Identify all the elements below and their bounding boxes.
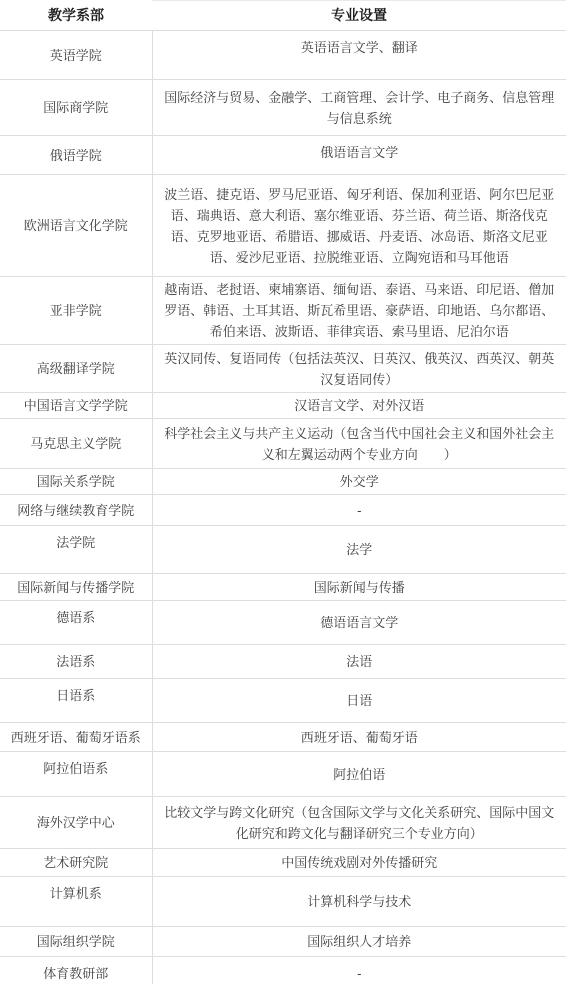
dept-cell: 艺术研究院 xyxy=(0,849,152,877)
majors-cell: 国际组织人才培养 xyxy=(152,927,566,957)
table-row: 高级翻译学院 英汉同传、复语同传（包括法英汉、日英汉、俄英汉、西英汉、朝英汉复语… xyxy=(0,345,566,393)
dept-cell: 阿拉伯语系 xyxy=(0,752,152,797)
table-body: 英语学院 英语语言文学、翻译 国际商学院 国际经济与贸易、金融学、工商管理、会计… xyxy=(0,31,566,984)
majors-cell: 德语语言文学 xyxy=(152,601,566,645)
majors-cell: 外交学 xyxy=(152,469,566,495)
dept-cell: 西班牙语、葡萄牙语系 xyxy=(0,723,152,752)
table-row: 法学院 法学 xyxy=(0,526,566,574)
majors-cell: 法学 xyxy=(152,526,566,574)
majors-cell: 国际经济与贸易、金融学、工商管理、会计学、电子商务、信息管理与信息系统 xyxy=(152,80,566,136)
majors-cell: - xyxy=(152,957,566,984)
dept-cell: 马克思主义学院 xyxy=(0,419,152,469)
majors-cell: 中国传统戏剧对外传播研究 xyxy=(152,849,566,877)
table-row: 海外汉学中心 比较文学与跨文化研究（包含国际文学与文化关系研究、国际中国文化研究… xyxy=(0,797,566,849)
majors-cell: - xyxy=(152,495,566,526)
dept-cell: 日语系 xyxy=(0,679,152,723)
majors-cell: 汉语言文学、对外汉语 xyxy=(152,393,566,419)
table-row: 计算机系 计算机科学与技术 xyxy=(0,877,566,927)
majors-cell: 英语语言文学、翻译 xyxy=(152,31,566,80)
table-row: 国际组织学院 国际组织人才培养 xyxy=(0,927,566,957)
table-row: 阿拉伯语系 阿拉伯语 xyxy=(0,752,566,797)
table-header: 教学系部 专业设置 xyxy=(0,1,566,31)
table-row: 日语系 日语 xyxy=(0,679,566,723)
table-row: 亚非学院 越南语、老挝语、柬埔寨语、缅甸语、泰语、马来语、印尼语、僧加罗语、韩语… xyxy=(0,277,566,345)
majors-cell: 越南语、老挝语、柬埔寨语、缅甸语、泰语、马来语、印尼语、僧加罗语、韩语、土耳其语… xyxy=(152,277,566,345)
dept-cell: 亚非学院 xyxy=(0,277,152,345)
majors-cell: 英汉同传、复语同传（包括法英汉、日英汉、俄英汉、西英汉、朝英汉复语同传） xyxy=(152,345,566,393)
majors-cell: 计算机科学与技术 xyxy=(152,877,566,927)
dept-cell: 英语学院 xyxy=(0,31,152,80)
dept-cell: 体育教研部 xyxy=(0,957,152,984)
dept-cell: 德语系 xyxy=(0,601,152,645)
majors-cell: 国际新闻与传播 xyxy=(152,574,566,601)
header-majors: 专业设置 xyxy=(152,1,566,31)
table-row: 国际商学院 国际经济与贸易、金融学、工商管理、会计学、电子商务、信息管理与信息系… xyxy=(0,80,566,136)
table-row: 艺术研究院 中国传统戏剧对外传播研究 xyxy=(0,849,566,877)
dept-cell: 国际关系学院 xyxy=(0,469,152,495)
majors-cell: 西班牙语、葡萄牙语 xyxy=(152,723,566,752)
table-row: 国际新闻与传播学院 国际新闻与传播 xyxy=(0,574,566,601)
dept-cell: 俄语学院 xyxy=(0,136,152,175)
table-row: 德语系 德语语言文学 xyxy=(0,601,566,645)
dept-cell: 国际新闻与传播学院 xyxy=(0,574,152,601)
dept-cell: 海外汉学中心 xyxy=(0,797,152,849)
majors-cell: 法语 xyxy=(152,645,566,679)
dept-cell: 国际组织学院 xyxy=(0,927,152,957)
header-row: 教学系部 专业设置 xyxy=(0,1,566,31)
table-row: 马克思主义学院 科学社会主义与共产主义运动（包含当代中国社会主义和国外社会主义和… xyxy=(0,419,566,469)
majors-cell: 日语 xyxy=(152,679,566,723)
page: 教学系部 专业设置 英语学院 英语语言文学、翻译 国际商学院 国际经济与贸易、金… xyxy=(0,0,566,984)
table-row: 法语系 法语 xyxy=(0,645,566,679)
table-row: 西班牙语、葡萄牙语系 西班牙语、葡萄牙语 xyxy=(0,723,566,752)
table-row: 英语学院 英语语言文学、翻译 xyxy=(0,31,566,80)
dept-cell: 法学院 xyxy=(0,526,152,574)
departments-majors-table: 教学系部 专业设置 英语学院 英语语言文学、翻译 国际商学院 国际经济与贸易、金… xyxy=(0,0,566,984)
majors-cell: 比较文学与跨文化研究（包含国际文学与文化关系研究、国际中国文化研究和跨文化与翻译… xyxy=(152,797,566,849)
majors-cell: 波兰语、捷克语、罗马尼亚语、匈牙利语、保加利亚语、阿尔巴尼亚语、瑞典语、意大利语… xyxy=(152,175,566,277)
dept-cell: 中国语言文学学院 xyxy=(0,393,152,419)
dept-cell: 法语系 xyxy=(0,645,152,679)
majors-cell: 科学社会主义与共产主义运动（包含当代中国社会主义和国外社会主义和左翼运动两个专业… xyxy=(152,419,566,469)
table-row: 俄语学院 俄语语言文学 xyxy=(0,136,566,175)
dept-cell: 国际商学院 xyxy=(0,80,152,136)
header-dept: 教学系部 xyxy=(0,1,152,31)
table-row: 国际关系学院 外交学 xyxy=(0,469,566,495)
table-row: 网络与继续教育学院 - xyxy=(0,495,566,526)
table-row: 中国语言文学学院 汉语言文学、对外汉语 xyxy=(0,393,566,419)
majors-cell: 俄语语言文学 xyxy=(152,136,566,175)
majors-cell: 阿拉伯语 xyxy=(152,752,566,797)
table-row: 欧洲语言文化学院 波兰语、捷克语、罗马尼亚语、匈牙利语、保加利亚语、阿尔巴尼亚语… xyxy=(0,175,566,277)
dept-cell: 网络与继续教育学院 xyxy=(0,495,152,526)
table-row: 体育教研部 - xyxy=(0,957,566,984)
dept-cell: 高级翻译学院 xyxy=(0,345,152,393)
dept-cell: 计算机系 xyxy=(0,877,152,927)
dept-cell: 欧洲语言文化学院 xyxy=(0,175,152,277)
